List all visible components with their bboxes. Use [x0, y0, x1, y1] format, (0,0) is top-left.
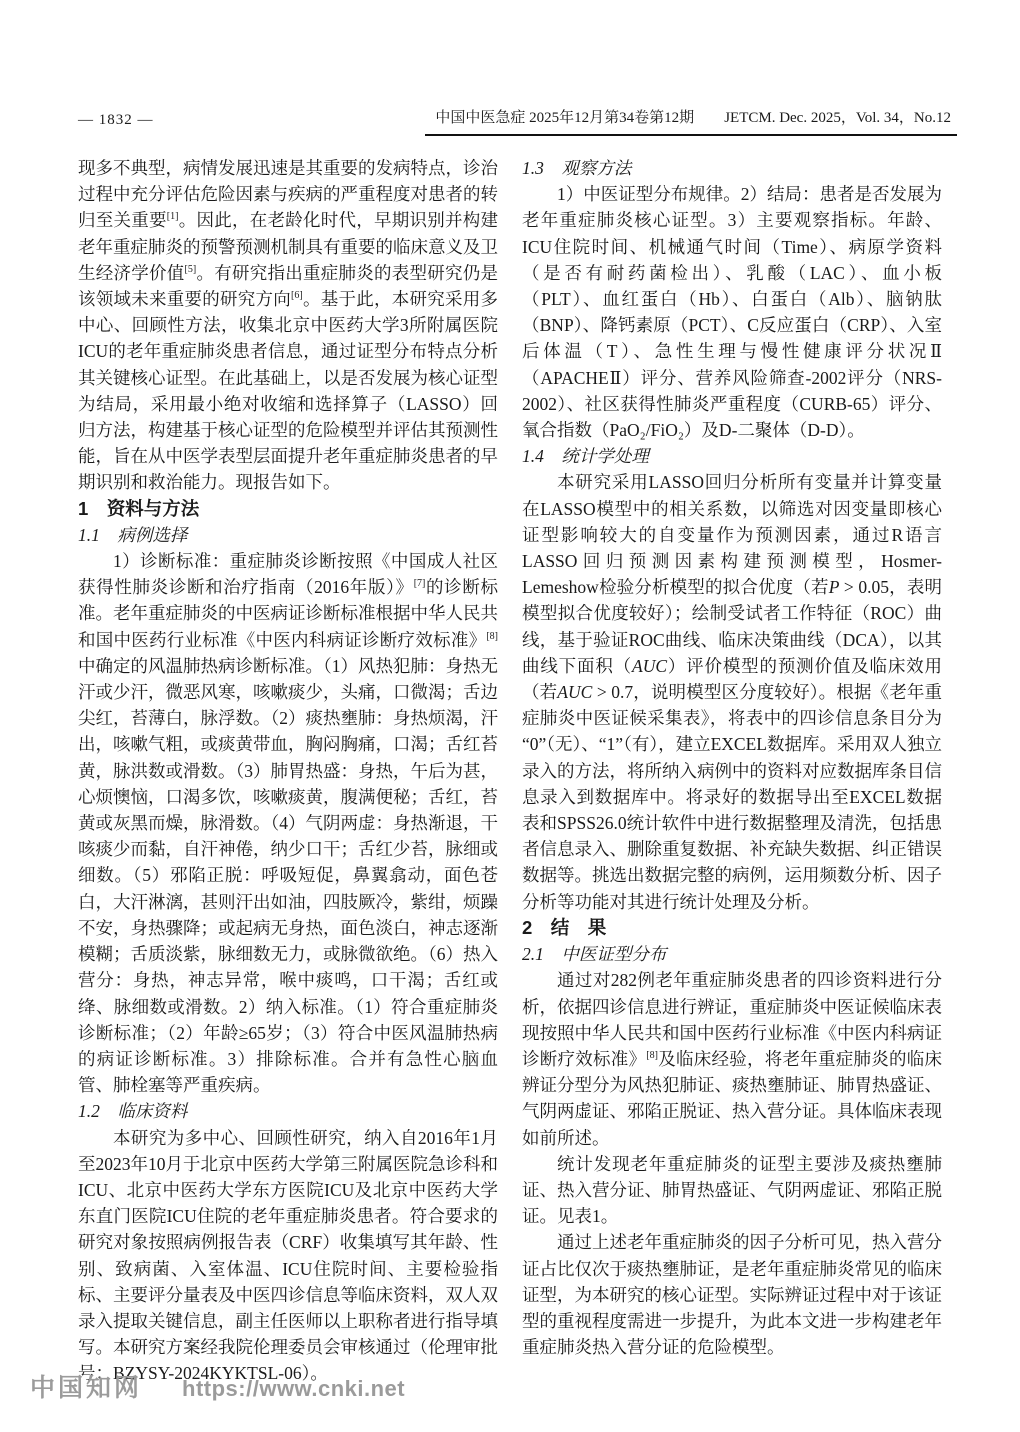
paragraph: 1）诊断标准：重症肺炎诊断按照《中国成人社区获得性肺炎诊断和治疗指南（2016年…	[78, 548, 498, 1098]
page-header: — 1832 — 中国中医急症 2025年12月第34卷第12期 JETCM. …	[78, 106, 957, 136]
subsection-heading: 1.4 统计学处理	[522, 443, 942, 469]
reference-marker: [8]	[646, 1050, 658, 1061]
left-column: 现多不典型，病情发展迅速是其重要的发病特点，诊治过程中充分评估危险因素与疾病的严…	[78, 155, 498, 1387]
subsection-heading: 1.3 观察方法	[522, 155, 942, 181]
reference-marker: [5]	[185, 264, 197, 275]
subsection-heading: 1.2 临床资料	[78, 1098, 498, 1124]
reference-marker: [1]	[167, 212, 179, 223]
section-heading: 1 资料与方法	[78, 496, 498, 522]
journal-header: 中国中医急症 2025年12月第34卷第12期 JETCM. Dec. 2025…	[425, 106, 957, 136]
reference-marker: [6]	[291, 290, 303, 301]
paragraph: 通过对282例老年重症肺炎患者的四诊资料进行分析，依据四诊信息进行辨证，重症肺炎…	[522, 967, 942, 1150]
paragraph: 通过上述老年重症肺炎的因子分析可见，热入营分证占比仅次于痰热壅肺证，是老年重症肺…	[522, 1229, 942, 1360]
reference-marker: [8]	[486, 631, 498, 642]
article-body: 现多不典型，病情发展迅速是其重要的发病特点，诊治过程中充分评估危险因素与疾病的严…	[78, 155, 942, 1387]
reference-marker: [7]	[414, 578, 426, 589]
section-heading: 2 结 果	[522, 915, 942, 941]
cnki-url: https://www.cnki.net	[182, 1376, 405, 1402]
cnki-logo: 中国知网	[30, 1368, 142, 1404]
subsection-heading: 1.1 病例选择	[78, 522, 498, 548]
page-number: — 1832 —	[78, 112, 154, 136]
paragraph: 现多不典型，病情发展迅速是其重要的发病特点，诊治过程中充分评估危险因素与疾病的严…	[78, 155, 498, 496]
paragraph: 本研究采用LASSO回归分析所有变量并计算变量在LASSO模型中的相关系数，以筛…	[522, 469, 942, 914]
paragraph: 1）中医证型分布规律。2）结局：患者是否发展为老年重症肺炎核心证型。3）主要观察…	[522, 181, 942, 443]
journal-title-en: JETCM. Dec. 2025，Vol. 34，No.12	[724, 106, 951, 127]
paragraph: 统计发现老年重症肺炎的证型主要涉及痰热壅肺证、热入营分证、肺胃热盛证、气阴两虚证…	[522, 1151, 942, 1230]
journal-title-cn: 中国中医急症 2025年12月第34卷第12期	[435, 106, 694, 127]
footer-watermark: 中国知网 https://www.cnki.net	[30, 1368, 405, 1404]
paragraph: 本研究为多中心、回顾性研究，纳入自2016年1月至2023年10月于北京中医药大…	[78, 1125, 498, 1387]
right-column: 1.3 观察方法1）中医证型分布规律。2）结局：患者是否发展为老年重症肺炎核心证…	[522, 155, 942, 1387]
subsection-heading: 2.1 中医证型分布	[522, 941, 942, 967]
